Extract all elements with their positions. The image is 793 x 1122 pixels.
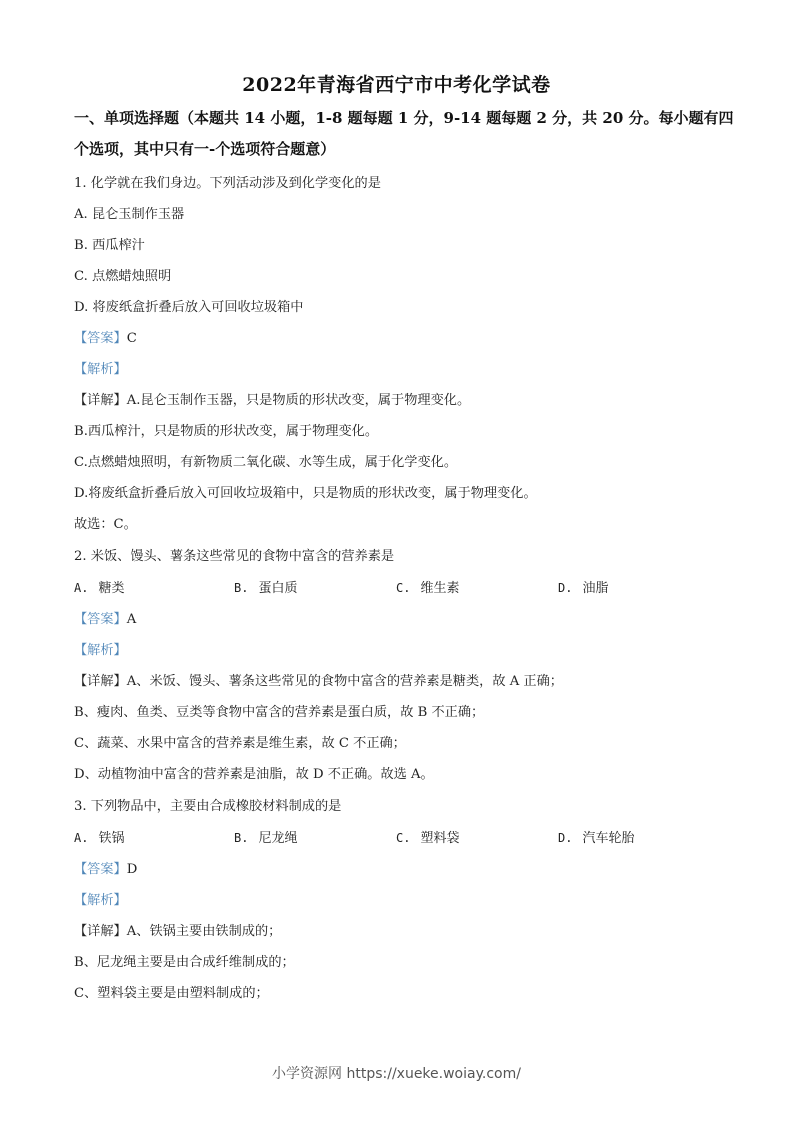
detail-label: 【详解】 (74, 674, 127, 689)
answer-value: A (127, 612, 137, 627)
question-3-option-d: D.汽车轮胎 (558, 827, 634, 846)
question-2-stem: 2. 米饭、馒头、薯条这些常见的食物中富含的营养素是 (74, 545, 394, 564)
question-1-detail-4: D.将废纸盒折叠后放入可回收垃圾箱中，只是物质的形状改变，属于物理变化。 (74, 482, 537, 501)
question-1-answer: 【答案】C (74, 327, 137, 346)
footer-watermark: 小学资源网 https://xueke.woiay.com/ (0, 1063, 793, 1083)
question-3-stem: 3. 下列物品中，主要由合成橡胶材料制成的是 (74, 795, 341, 814)
question-1-detail-3: C.点燃蜡烛照明，有新物质二氧化碳、水等生成，属于化学变化。 (74, 451, 457, 470)
question-3-detail-2: B、尼龙绳主要是由合成纤维制成的； (74, 951, 295, 970)
section-heading-line-1: 一、单项选择题（本题共 14 小题，1-8 题每题 1 分，9-14 题每题 2… (74, 103, 734, 134)
exam-page: 2022年青海省西宁市中考化学试卷 一、单项选择题（本题共 14 小题，1-8 … (0, 0, 793, 1122)
question-2-analysis-label: 【解析】 (74, 639, 127, 658)
question-1-stem: 1. 化学就在我们身边。下列活动涉及到化学变化的是 (74, 172, 381, 191)
question-1-option-a: A. 昆仑玉制作玉器 (74, 203, 184, 222)
answer-value: C (127, 331, 137, 346)
answer-label: 【答案】 (74, 612, 127, 627)
question-2-detail-2: B、瘦肉、鱼类、豆类等食物中富含的营养素是蛋白质，故 B 不正确； (74, 701, 484, 720)
detail-label: 【详解】 (74, 924, 127, 939)
question-3-answer: 【答案】D (74, 858, 137, 877)
analysis-label: 【解析】 (74, 362, 127, 377)
page-title: 2022年青海省西宁市中考化学试卷 (0, 70, 793, 97)
section-heading: 一、单项选择题（本题共 14 小题，1-8 题每题 1 分，9-14 题每题 2… (74, 103, 734, 165)
answer-label: 【答案】 (74, 862, 127, 877)
question-2-option-d: D.油脂 (558, 577, 608, 596)
question-1-option-c: C. 点燃蜡烛照明 (74, 265, 171, 284)
question-1-conclusion: 故选：C。 (74, 513, 137, 532)
question-3-option-b: B.尼龙绳 (234, 827, 297, 846)
question-1-detail-2: B.西瓜榨汁，只是物质的形状改变，属于物理变化。 (74, 420, 378, 439)
question-2-option-a: A.糖类 (74, 577, 124, 596)
analysis-label: 【解析】 (74, 643, 127, 658)
question-3-option-c: C.塑料袋 (396, 827, 459, 846)
question-2-answer: 【答案】A (74, 608, 136, 627)
question-2-detail-1: 【详解】A、米饭、馒头、薯条这些常见的食物中富含的营养素是糖类，故 A 正确； (74, 670, 563, 689)
analysis-label: 【解析】 (74, 893, 127, 908)
question-2-detail-4: D、动植物油中富含的营养素是油脂，故 D 不正确。故选 A。 (74, 763, 434, 782)
question-3-detail-3: C、塑料袋主要是由塑料制成的； (74, 982, 269, 1001)
answer-label: 【答案】 (74, 331, 127, 346)
question-1-option-d: D. 将废纸盒折叠后放入可回收垃圾箱中 (74, 296, 304, 315)
question-1-detail-1: 【详解】A.昆仑玉制作玉器，只是物质的形状改变，属于物理变化。 (74, 389, 470, 408)
question-1-option-b: B. 西瓜榨汁 (74, 234, 145, 253)
question-1-analysis-label: 【解析】 (74, 358, 127, 377)
question-3-detail-1: 【详解】A、铁锅主要由铁制成的； (74, 920, 281, 939)
question-3-analysis-label: 【解析】 (74, 889, 127, 908)
section-heading-line-2: 个选项，其中只有一-个选项符合题意） (74, 134, 734, 165)
question-2-detail-3: C、蔬菜、水果中富含的营养素是维生素，故 C 不正确； (74, 732, 406, 751)
answer-value: D (127, 862, 138, 877)
detail-label: 【详解】 (74, 393, 127, 408)
question-3-option-a: A.铁锅 (74, 827, 124, 846)
question-2-option-c: C.维生素 (396, 577, 459, 596)
question-2-option-b: B.蛋白质 (234, 577, 297, 596)
